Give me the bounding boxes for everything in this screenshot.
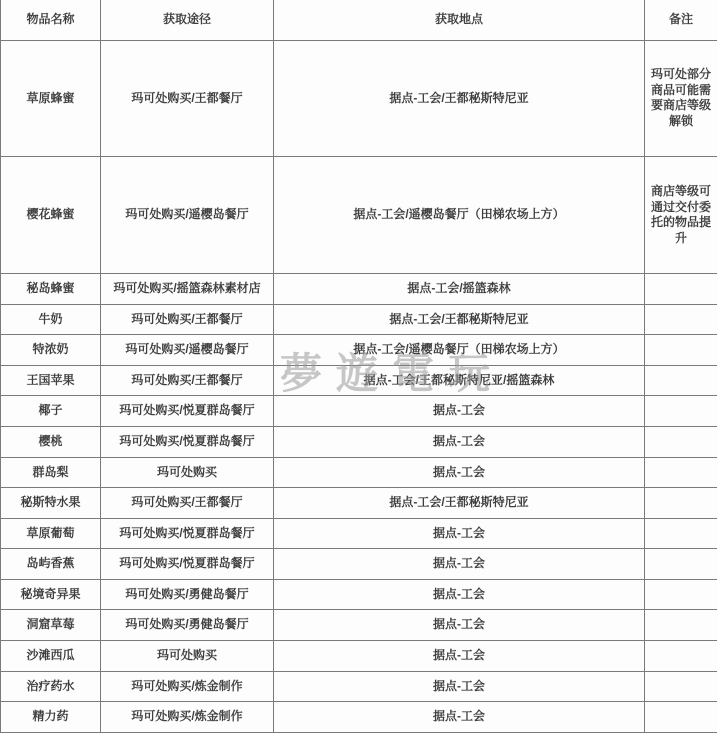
cell-method: 玛可处购买 bbox=[101, 457, 274, 488]
cell-method: 玛可处购买/悦夏群岛餐厅 bbox=[101, 427, 274, 458]
cell-notes bbox=[645, 610, 717, 641]
table-row: 沙滩西瓜玛可处购买据点-工会 bbox=[1, 641, 717, 672]
cell-location: 据点-工会 bbox=[274, 457, 645, 488]
cell-method: 玛可处购买/勇健岛餐厅 bbox=[101, 579, 274, 610]
cell-item-name: 王国苹果 bbox=[1, 365, 101, 396]
table-row: 草原葡萄玛可处购买/悦夏群岛餐厅据点-工会 bbox=[1, 518, 717, 549]
table-body: 草原蜂蜜玛可处购买/王都餐厅据点-工会/王都秘斯特尼亚玛可处部分商品可能需要商店… bbox=[1, 40, 717, 733]
cell-item-name: 群岛梨 bbox=[1, 457, 101, 488]
table-row: 牛奶玛可处购买/王都餐厅据点-工会/王都秘斯特尼亚 bbox=[1, 304, 717, 335]
cell-notes bbox=[645, 335, 717, 366]
cell-item-name: 樱桃 bbox=[1, 427, 101, 458]
cell-method: 玛可处购买/勇健岛餐厅 bbox=[101, 610, 274, 641]
table-row: 椰子玛可处购买/悦夏群岛餐厅据点-工会 bbox=[1, 396, 717, 427]
cell-method: 玛可处购买/遥樱岛餐厅 bbox=[101, 335, 274, 366]
cell-location: 据点-工会/遥樱岛餐厅（田梯农场上方） bbox=[274, 157, 645, 274]
table-row: 秘岛蜂蜜玛可处购买/摇篮森林素材店据点-工会/摇篮森林 bbox=[1, 274, 717, 305]
cell-method: 玛可处购买/炼金制作 bbox=[101, 702, 274, 733]
cell-item-name: 特浓奶 bbox=[1, 335, 101, 366]
cell-item-name: 草原蜂蜜 bbox=[1, 40, 101, 157]
items-table-screenshot: 物品名称 获取途径 获取地点 备注 草原蜂蜜玛可处购买/王都餐厅据点-工会/王都… bbox=[0, 0, 717, 733]
cell-notes bbox=[645, 396, 717, 427]
cell-method: 玛可处购买/摇篮森林素材店 bbox=[101, 274, 274, 305]
cell-location: 据点-工会/王都秘斯特尼亚/摇篮森林 bbox=[274, 365, 645, 396]
header-row: 物品名称 获取途径 获取地点 备注 bbox=[1, 0, 717, 40]
cell-item-name: 草原葡萄 bbox=[1, 518, 101, 549]
cell-location: 据点-工会/遥樱岛餐厅（田梯农场上方） bbox=[274, 335, 645, 366]
cell-notes bbox=[645, 304, 717, 335]
cell-notes bbox=[645, 671, 717, 702]
cell-notes bbox=[645, 365, 717, 396]
table-row: 治疗药水玛可处购买/炼金制作据点-工会 bbox=[1, 671, 717, 702]
cell-notes bbox=[645, 579, 717, 610]
cell-item-name: 沙滩西瓜 bbox=[1, 641, 101, 672]
cell-location: 据点-工会 bbox=[274, 579, 645, 610]
col-header-location: 获取地点 bbox=[274, 0, 645, 40]
cell-method: 玛可处购买/王都餐厅 bbox=[101, 488, 274, 519]
cell-location: 据点-工会 bbox=[274, 396, 645, 427]
col-header-method: 获取途径 bbox=[101, 0, 274, 40]
cell-notes bbox=[645, 518, 717, 549]
cell-notes bbox=[645, 549, 717, 580]
table-row: 洞窟草莓玛可处购买/勇健岛餐厅据点-工会 bbox=[1, 610, 717, 641]
cell-location: 据点-工会 bbox=[274, 702, 645, 733]
cell-location: 据点-工会 bbox=[274, 671, 645, 702]
table-row: 王国苹果玛可处购买/王都餐厅据点-工会/王都秘斯特尼亚/摇篮森林 bbox=[1, 365, 717, 396]
cell-notes bbox=[645, 274, 717, 305]
items-table: 物品名称 获取途径 获取地点 备注 草原蜂蜜玛可处购买/王都餐厅据点-工会/王都… bbox=[0, 0, 717, 733]
cell-item-name: 岛屿香蕉 bbox=[1, 549, 101, 580]
cell-method: 玛可处购买/悦夏群岛餐厅 bbox=[101, 518, 274, 549]
cell-item-name: 秘境奇异果 bbox=[1, 579, 101, 610]
cell-location: 据点-工会/王都秘斯特尼亚 bbox=[274, 304, 645, 335]
cell-item-name: 精力药 bbox=[1, 702, 101, 733]
table-row: 特浓奶玛可处购买/遥樱岛餐厅据点-工会/遥樱岛餐厅（田梯农场上方） bbox=[1, 335, 717, 366]
cell-location: 据点-工会/王都秘斯特尼亚 bbox=[274, 40, 645, 157]
cell-notes bbox=[645, 457, 717, 488]
cell-item-name: 牛奶 bbox=[1, 304, 101, 335]
table-row: 草原蜂蜜玛可处购买/王都餐厅据点-工会/王都秘斯特尼亚玛可处部分商品可能需要商店… bbox=[1, 40, 717, 157]
col-header-item-name: 物品名称 bbox=[1, 0, 101, 40]
cell-notes: 商店等级可通过交付委托的物品提升 bbox=[645, 157, 717, 274]
cell-notes bbox=[645, 641, 717, 672]
cell-method: 玛可处购买/悦夏群岛餐厅 bbox=[101, 549, 274, 580]
cell-notes bbox=[645, 427, 717, 458]
cell-notes: 玛可处部分商品可能需要商店等级解锁 bbox=[645, 40, 717, 157]
table-row: 秘斯特水果玛可处购买/王都餐厅据点-工会/王都秘斯特尼亚 bbox=[1, 488, 717, 519]
table-row: 群岛梨玛可处购买据点-工会 bbox=[1, 457, 717, 488]
cell-location: 据点-工会 bbox=[274, 641, 645, 672]
cell-location: 据点-工会/王都秘斯特尼亚 bbox=[274, 488, 645, 519]
cell-item-name: 秘岛蜂蜜 bbox=[1, 274, 101, 305]
table-row: 樱花蜂蜜玛可处购买/遥樱岛餐厅据点-工会/遥樱岛餐厅（田梯农场上方）商店等级可通… bbox=[1, 157, 717, 274]
col-header-notes: 备注 bbox=[645, 0, 717, 40]
cell-location: 据点-工会/摇篮森林 bbox=[274, 274, 645, 305]
cell-method: 玛可处购买 bbox=[101, 641, 274, 672]
cell-location: 据点-工会 bbox=[274, 518, 645, 549]
cell-method: 玛可处购买/王都餐厅 bbox=[101, 365, 274, 396]
table-row: 樱桃玛可处购买/悦夏群岛餐厅据点-工会 bbox=[1, 427, 717, 458]
cell-notes bbox=[645, 488, 717, 519]
cell-location: 据点-工会 bbox=[274, 549, 645, 580]
cell-method: 玛可处购买/王都餐厅 bbox=[101, 304, 274, 335]
cell-method: 玛可处购买/遥樱岛餐厅 bbox=[101, 157, 274, 274]
cell-item-name: 治疗药水 bbox=[1, 671, 101, 702]
cell-method: 玛可处购买/炼金制作 bbox=[101, 671, 274, 702]
cell-item-name: 椰子 bbox=[1, 396, 101, 427]
cell-method: 玛可处购买/王都餐厅 bbox=[101, 40, 274, 157]
table-row: 岛屿香蕉玛可处购买/悦夏群岛餐厅据点-工会 bbox=[1, 549, 717, 580]
cell-notes bbox=[645, 702, 717, 733]
cell-item-name: 樱花蜂蜜 bbox=[1, 157, 101, 274]
table-row: 精力药玛可处购买/炼金制作据点-工会 bbox=[1, 702, 717, 733]
table-row: 秘境奇异果玛可处购买/勇健岛餐厅据点-工会 bbox=[1, 579, 717, 610]
cell-location: 据点-工会 bbox=[274, 427, 645, 458]
cell-method: 玛可处购买/悦夏群岛餐厅 bbox=[101, 396, 274, 427]
cell-item-name: 洞窟草莓 bbox=[1, 610, 101, 641]
cell-item-name: 秘斯特水果 bbox=[1, 488, 101, 519]
cell-location: 据点-工会 bbox=[274, 610, 645, 641]
